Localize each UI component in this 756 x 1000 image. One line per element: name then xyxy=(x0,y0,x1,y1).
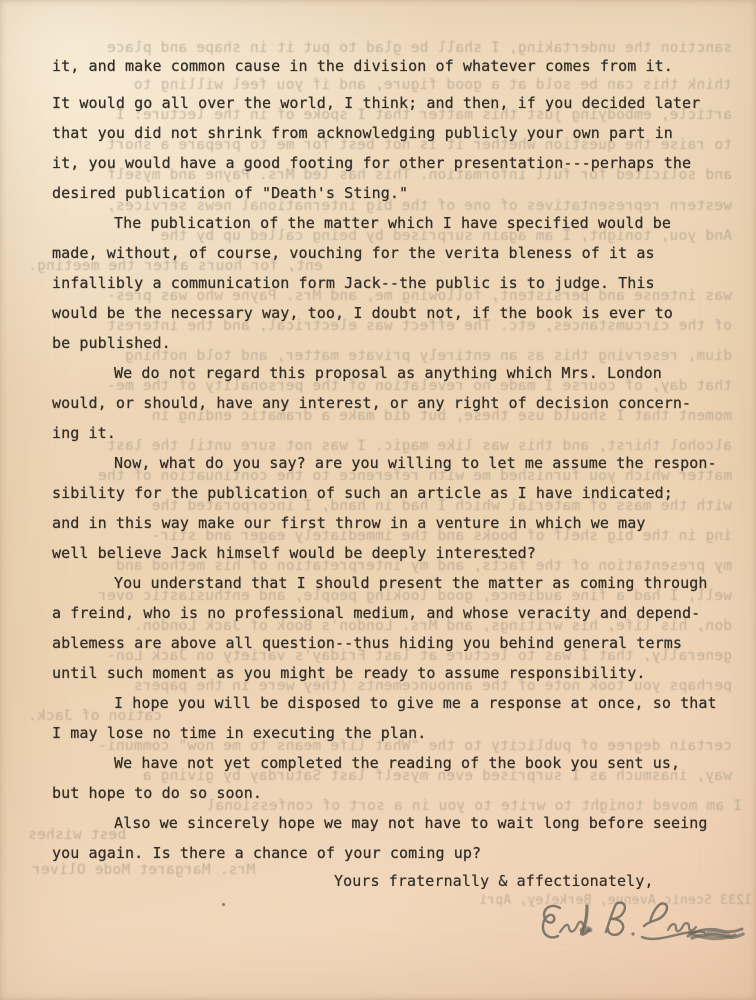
typed-line: We do not regard this proposal as anythi… xyxy=(52,362,704,384)
ink-speck xyxy=(498,556,501,559)
typed-line: Also we sincerely hope we may not have t… xyxy=(52,812,704,834)
typed-line: made, without, of course, vouching for t… xyxy=(52,242,704,264)
typed-line: It would go all over the world, I think;… xyxy=(52,92,704,114)
typed-line: desired publication of "Death's Sting." xyxy=(52,182,704,204)
typed-line: you again. Is there a chance of your com… xyxy=(52,842,704,864)
typed-line: a freind, who is no professional medium,… xyxy=(52,602,704,624)
typed-line: well believe Jack himself would be deepl… xyxy=(52,542,704,564)
typed-line: We have not yet completed the reading of… xyxy=(52,752,704,774)
typed-line: that you did not shrink from acknowledgi… xyxy=(52,122,704,144)
typed-line: I may lose no time in executing the plan… xyxy=(52,722,704,744)
typed-line: I hope you will be disposed to give me a… xyxy=(52,692,704,714)
typed-line: it, you would have a good footing for ot… xyxy=(52,152,704,174)
typed-line: The publication of the matter which I ha… xyxy=(52,212,704,234)
typed-line: infallibly a communication form Jack--th… xyxy=(52,272,704,294)
ink-speck xyxy=(222,903,225,906)
typed-line: would be the necessary way, too, I doubt… xyxy=(52,302,704,324)
typed-line: but hope to do so soon. xyxy=(52,782,704,804)
typed-line: ing it. xyxy=(52,422,704,444)
typed-line: would, or should, have any interest, or … xyxy=(52,392,704,414)
typed-line: sibility for the publication of such an … xyxy=(52,482,704,504)
typed-line: be published. xyxy=(52,332,704,354)
closing-line: Yours fraternally & affectionately, xyxy=(334,872,654,890)
signature-handwriting xyxy=(538,892,750,970)
typed-line: it, and make common cause in the divisio… xyxy=(52,55,704,77)
letter-page: sanction the undertaking, I shall be gla… xyxy=(0,0,756,1000)
typed-line: You understand that I should present the… xyxy=(52,572,704,594)
typed-line: and in this way make our first throw in … xyxy=(52,512,704,534)
typed-line: Now, what do you say? are you willing to… xyxy=(52,452,704,474)
typed-line: until such moment as you might be ready … xyxy=(52,662,704,684)
typed-line: ablemess are above all question--thus hi… xyxy=(52,632,704,654)
